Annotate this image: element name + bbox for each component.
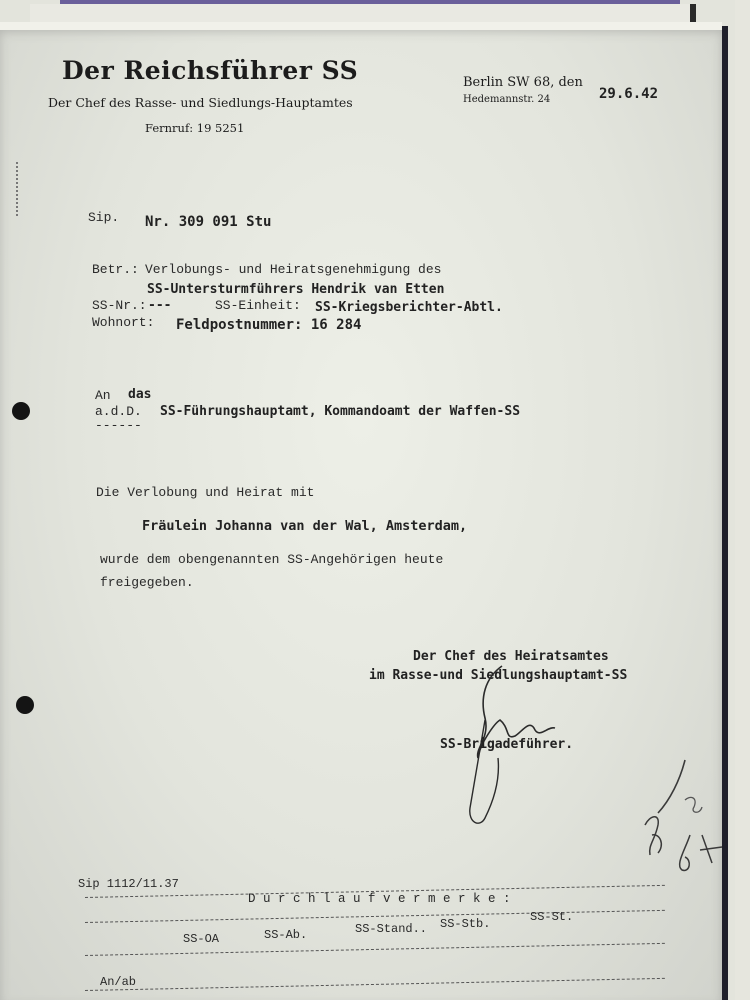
footer-heading: D u r c h l a u f v e r m e r k e : [248,892,511,906]
punch-hole-bottom [16,696,34,714]
ss-nr-label: SS-Nr.: [92,298,147,313]
margin-mark [16,162,22,216]
letterhead-title: Der Reichsführer SS [62,56,358,85]
footer-col-st: SS-St. [530,910,573,924]
page-top-edge [0,22,722,30]
ss-nr-value: --- [148,298,171,313]
recipient-to-label: An [95,388,111,403]
document-page [0,26,728,1000]
subject-label: Betr.: [92,262,139,277]
recipient-to-value: das [128,387,151,402]
recipient-add-value: SS-Führungshauptamt, Kommandoamt der Waf… [160,404,520,419]
body-line-2: wurde dem obengenannten SS-Angehörigen h… [100,552,443,567]
letterhead-subtitle: Der Chef des Rasse- und Siedlungs-Haupta… [48,95,353,110]
letterhead-street: Hedemannstr. 24 [463,94,550,105]
letterhead-phone: Fernruf: 19 5251 [145,121,244,135]
footer-col-stand: SS-Stand.. [355,922,427,936]
residence-value: Feldpostnummer: 16 284 [176,317,361,333]
subject-name: SS-Untersturmführers Hendrik van Etten [147,282,444,297]
residence-label: Wohnort: [92,315,154,330]
subject-text: Verlobungs- und Heiratsgenehmigung des [145,262,441,277]
body-line-1: Die Verlobung und Heirat mit [96,485,314,500]
unit-label: SS-Einheit: [215,298,301,313]
footer-an-ab: An/ab [100,975,136,989]
letterhead-city: Berlin SW 68, den [463,75,583,90]
bride-name: Fräulein Johanna van der Wal, Amsterdam, [142,518,467,534]
footer-col-ab: SS-Ab. [264,928,307,942]
unit-value: SS-Kriegsberichter-Abtl. [315,300,503,315]
body-line-3: freigegeben. [100,575,194,590]
reference-number: Nr. 309 091 Stu [145,214,271,230]
footer-col-stb: SS-Stb. [440,917,490,931]
reference-label: Sip. [88,210,119,225]
recipient-dashes: ------ [95,418,142,433]
document-date: 29.6.42 [599,86,658,102]
footer-col-oa: SS-OA [183,932,219,946]
recipient-add-label: a.d.D. [95,404,142,419]
handwritten-annotation [630,755,740,885]
signature-rank: SS-Brigadeführer. [440,737,573,752]
footer-code: Sip 1112/11.37 [78,877,179,891]
punch-hole-top [12,402,30,420]
